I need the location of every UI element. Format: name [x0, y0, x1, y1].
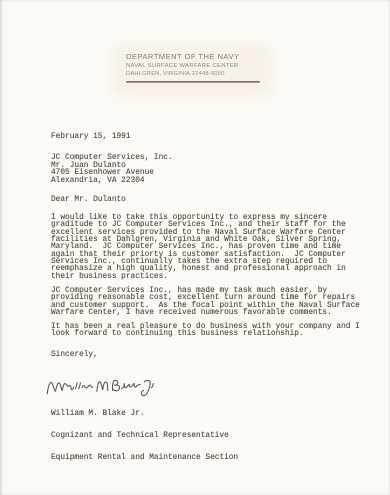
signer-name: William M. Blake Jr. [51, 411, 238, 418]
recipient-address-block: JC Computer Services, Inc. Mr. Juan Dula… [51, 155, 173, 185]
body-paragraph-3: It has been a real pleasure to do busine… [51, 324, 360, 339]
body-paragraph-1: I would like to take this opportunity to… [51, 215, 346, 281]
signer-section: Equipment Rental and Maintenance Section [51, 455, 238, 462]
signature-block: William M. Blake Jr. Cognizant and Techn… [51, 396, 238, 477]
letterhead-rule [126, 81, 260, 83]
letterhead-agency-name: DEPARTMENT OF THE NAVY [126, 52, 260, 62]
letterhead: DEPARTMENT OF THE NAVY NAVAL SURFACE WAR… [126, 52, 260, 83]
letter-date: February 15, 1991 [51, 134, 131, 141]
letterhead-center-name: NAVAL SURFACE WARFARE CENTER [126, 62, 260, 70]
scanned-letter-page: DEPARTMENT OF THE NAVY NAVAL SURFACE WAR… [0, 0, 390, 495]
salutation: Dear Mr. Dulanto [51, 197, 126, 204]
closing-salutation: Sincerely, [51, 352, 98, 359]
body-paragraph-2: JC Computer Services Inc., has made my t… [51, 288, 360, 317]
letterhead-city-zip: DAHLGREN, VIRGINIA 22448-5000 [126, 70, 260, 78]
signer-title: Cognizant and Technical Representative [51, 433, 238, 440]
